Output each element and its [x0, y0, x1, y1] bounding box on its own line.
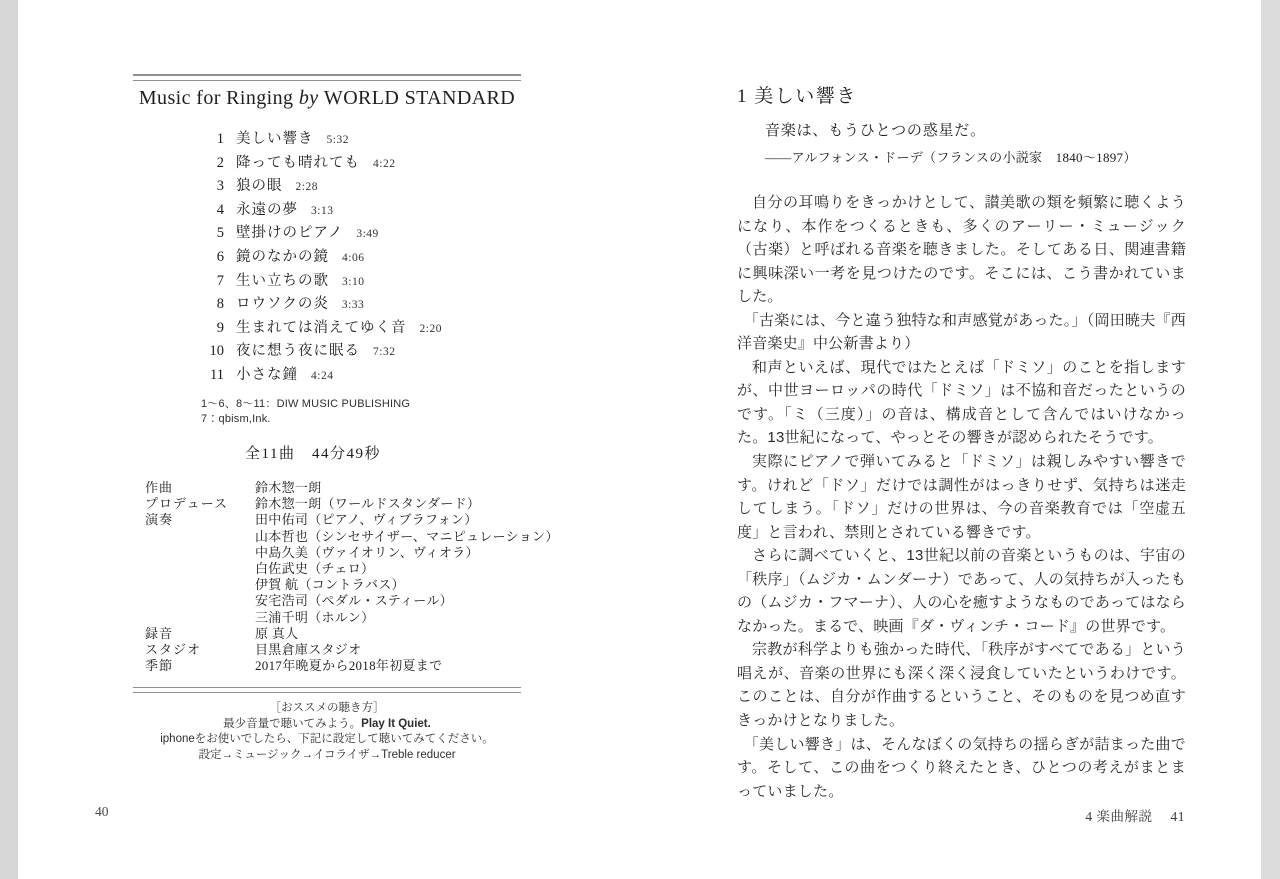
listening-tip-line1: 最少音量で聴いてみよう。Play It Quiet. — [133, 717, 521, 733]
track-number: 9 — [202, 320, 224, 337]
chapter-heading: 1 美しい響き — [737, 81, 857, 108]
track-row: 4永遠の夢3:13 — [202, 198, 442, 222]
credit-row: 伊賀 航（コントラバス） — [145, 574, 559, 590]
footer-section-title: 4 楽曲解説 — [1085, 809, 1152, 824]
album-title-pre: Music for Ringing — [139, 87, 294, 109]
track-time: 3:13 — [311, 205, 333, 217]
track-number: 7 — [202, 273, 224, 290]
credit-row: プロデュース鈴木惣一朗（ワールドスタンダード） — [145, 493, 559, 509]
track-row: 8ロウソクの炎3:33 — [202, 292, 442, 316]
listening-tip-line1-bold: Play It Quiet. — [361, 718, 431, 730]
left-page-number: 40 — [95, 804, 109, 820]
track-time: 7:32 — [373, 346, 395, 358]
epigraph-quote: 音楽は、もうひとつの惑星だ。 — [765, 119, 986, 140]
listening-tip: ［おススメの聴き方］ 最少音量で聴いてみよう。Play It Quiet. ip… — [133, 701, 521, 763]
credit-row: 季節2017年晩夏から2018年初夏まで — [145, 655, 559, 671]
track-title: 降っても晴れても — [236, 151, 360, 172]
book-spread: Music for Ringing by WORLD STANDARD 1美しい… — [0, 0, 1280, 879]
credit-row: 白佐武史（チェロ） — [145, 558, 559, 574]
body-paragraph: さらに調べていくと、13世紀以前の音楽というものは、宇宙の「秩序」（ムジカ・ムン… — [737, 544, 1186, 638]
track-number: 8 — [202, 296, 224, 313]
right-page-number: 41 — [1171, 809, 1186, 824]
track-title: 生まれては消えてゆく音 — [236, 316, 407, 337]
track-row: 10夜に想う夜に眠る7:32 — [202, 339, 442, 363]
credit-row: 安宅浩司（ペダル・スティール） — [145, 590, 559, 606]
body-paragraph: 和声といえば、現代ではたとえば「ドミソ」のことを指しますが、中世ヨーロッパの時代… — [737, 356, 1186, 450]
track-time: 2:20 — [420, 323, 442, 335]
track-row: 11小さな鐘4:24 — [202, 363, 442, 387]
track-title: 美しい響き — [236, 127, 314, 148]
track-number: 10 — [202, 343, 224, 360]
left-page-edge — [0, 0, 18, 879]
track-row: 5壁掛けのピアノ3:49 — [202, 221, 442, 245]
body-paragraph: 宗教が科学よりも強かった時代、「秩序がすべてである」という唱えが、音楽の世界にも… — [737, 638, 1186, 732]
track-row: 7生い立ちの歌3:10 — [202, 269, 442, 293]
double-rule-top — [133, 74, 521, 81]
album-title-by: by — [293, 87, 323, 109]
album-title: Music for Ringing by WORLD STANDARD — [133, 87, 521, 110]
body-paragraph: 実際にピアノで弾いてみると「ドミソ」は親しみやすい響きです。けれど「ドソ」だけで… — [737, 450, 1186, 544]
publishing-line: 7：qbism,Ink. — [201, 412, 410, 427]
track-number: 2 — [202, 155, 224, 172]
epigraph-attribution: ――アルフォンス・ドーデ（フランスの小説家 1840～1897） — [765, 147, 1137, 166]
credit-label: 季節 — [145, 655, 255, 674]
body-paragraph: 自分の耳鳴りをきっかけとして、讃美歌の類を頻繁に聴くようになり、本作をつくるとき… — [737, 191, 1186, 309]
track-number: 6 — [202, 249, 224, 266]
commentary-body: 自分の耳鳴りをきっかけとして、讃美歌の類を頻繁に聴くようになり、本作をつくるとき… — [737, 191, 1186, 803]
track-row: 1美しい響き5:32 — [202, 127, 442, 151]
listening-tip-line2: iphoneをお使いでしたら、下記に設定して聴いてみてください。 — [133, 732, 521, 748]
album-title-artist: WORLD STANDARD — [324, 87, 515, 109]
track-row: 9生まれては消えてゆく音2:20 — [202, 316, 442, 340]
track-time: 2:28 — [296, 181, 318, 193]
track-title: ロウソクの炎 — [236, 292, 329, 313]
track-list: 1美しい響き5:32 2降っても晴れても4:22 3狼の眼2:28 4永遠の夢3… — [202, 127, 442, 387]
credit-value: 2017年晩夏から2018年初夏まで — [255, 655, 442, 674]
listening-tip-line1-text: 最少音量で聴いてみよう。 — [223, 718, 361, 730]
double-rule-bottom — [133, 687, 521, 693]
track-time: 3:33 — [342, 299, 364, 311]
track-time: 4:24 — [311, 370, 333, 382]
track-title: 小さな鐘 — [236, 363, 298, 384]
body-paragraph: 「古楽には、今と違う独特な和声感覚があった。」（岡田暁夫『西洋音楽史』中公新書よ… — [737, 309, 1186, 356]
right-page-footer: 4 楽曲解説41 — [1085, 805, 1185, 825]
track-title: 夜に想う夜に眠る — [236, 339, 360, 360]
credit-row: 作曲鈴木惣一朗 — [145, 477, 559, 493]
listening-tip-line3: 設定→ミュージック→イコライザ→Treble reducer — [133, 748, 521, 764]
track-row: 2降っても晴れても4:22 — [202, 151, 442, 175]
body-paragraph: 「美しい響き」は、そんなぼくの気持ちの揺らぎが詰まった曲です。そして、この曲をつ… — [737, 733, 1186, 804]
track-row: 3狼の眼2:28 — [202, 174, 442, 198]
track-number: 3 — [202, 178, 224, 195]
credits-list: 作曲鈴木惣一朗 プロデュース鈴木惣一朗（ワールドスタンダード） 演奏田中佑司（ピ… — [145, 477, 559, 671]
total-duration: 全11曲 44分49秒 — [133, 442, 493, 463]
track-title: 永遠の夢 — [236, 198, 298, 219]
credit-row: スタジオ目黒倉庫スタジオ — [145, 639, 559, 655]
publishing-note: 1～6、8～11：DIW MUSIC PUBLISHING 7：qbism,In… — [201, 397, 410, 426]
track-number: 5 — [202, 225, 224, 242]
track-number: 4 — [202, 202, 224, 219]
publishing-line: 1～6、8～11：DIW MUSIC PUBLISHING — [201, 397, 410, 412]
credit-label: 演奏 — [145, 509, 255, 528]
track-title: 鏡のなかの鏡 — [236, 245, 329, 266]
listening-tip-heading: ［おススメの聴き方］ — [133, 701, 521, 717]
track-time: 4:22 — [373, 158, 395, 170]
track-time: 3:49 — [356, 228, 378, 240]
credit-row: 演奏田中佑司（ピアノ、ヴィブラフォン） — [145, 509, 559, 525]
track-title: 生い立ちの歌 — [236, 269, 329, 290]
credit-row: 三浦千明（ホルン） — [145, 607, 559, 623]
track-number: 11 — [202, 367, 224, 384]
right-page-edge — [1261, 0, 1280, 879]
track-title: 狼の眼 — [236, 174, 283, 195]
track-time: 4:06 — [342, 252, 364, 264]
track-number: 1 — [202, 131, 224, 148]
track-row: 6鏡のなかの鏡4:06 — [202, 245, 442, 269]
track-time: 3:10 — [342, 276, 364, 288]
track-time: 5:32 — [327, 134, 349, 146]
track-title: 壁掛けのピアノ — [236, 221, 343, 242]
